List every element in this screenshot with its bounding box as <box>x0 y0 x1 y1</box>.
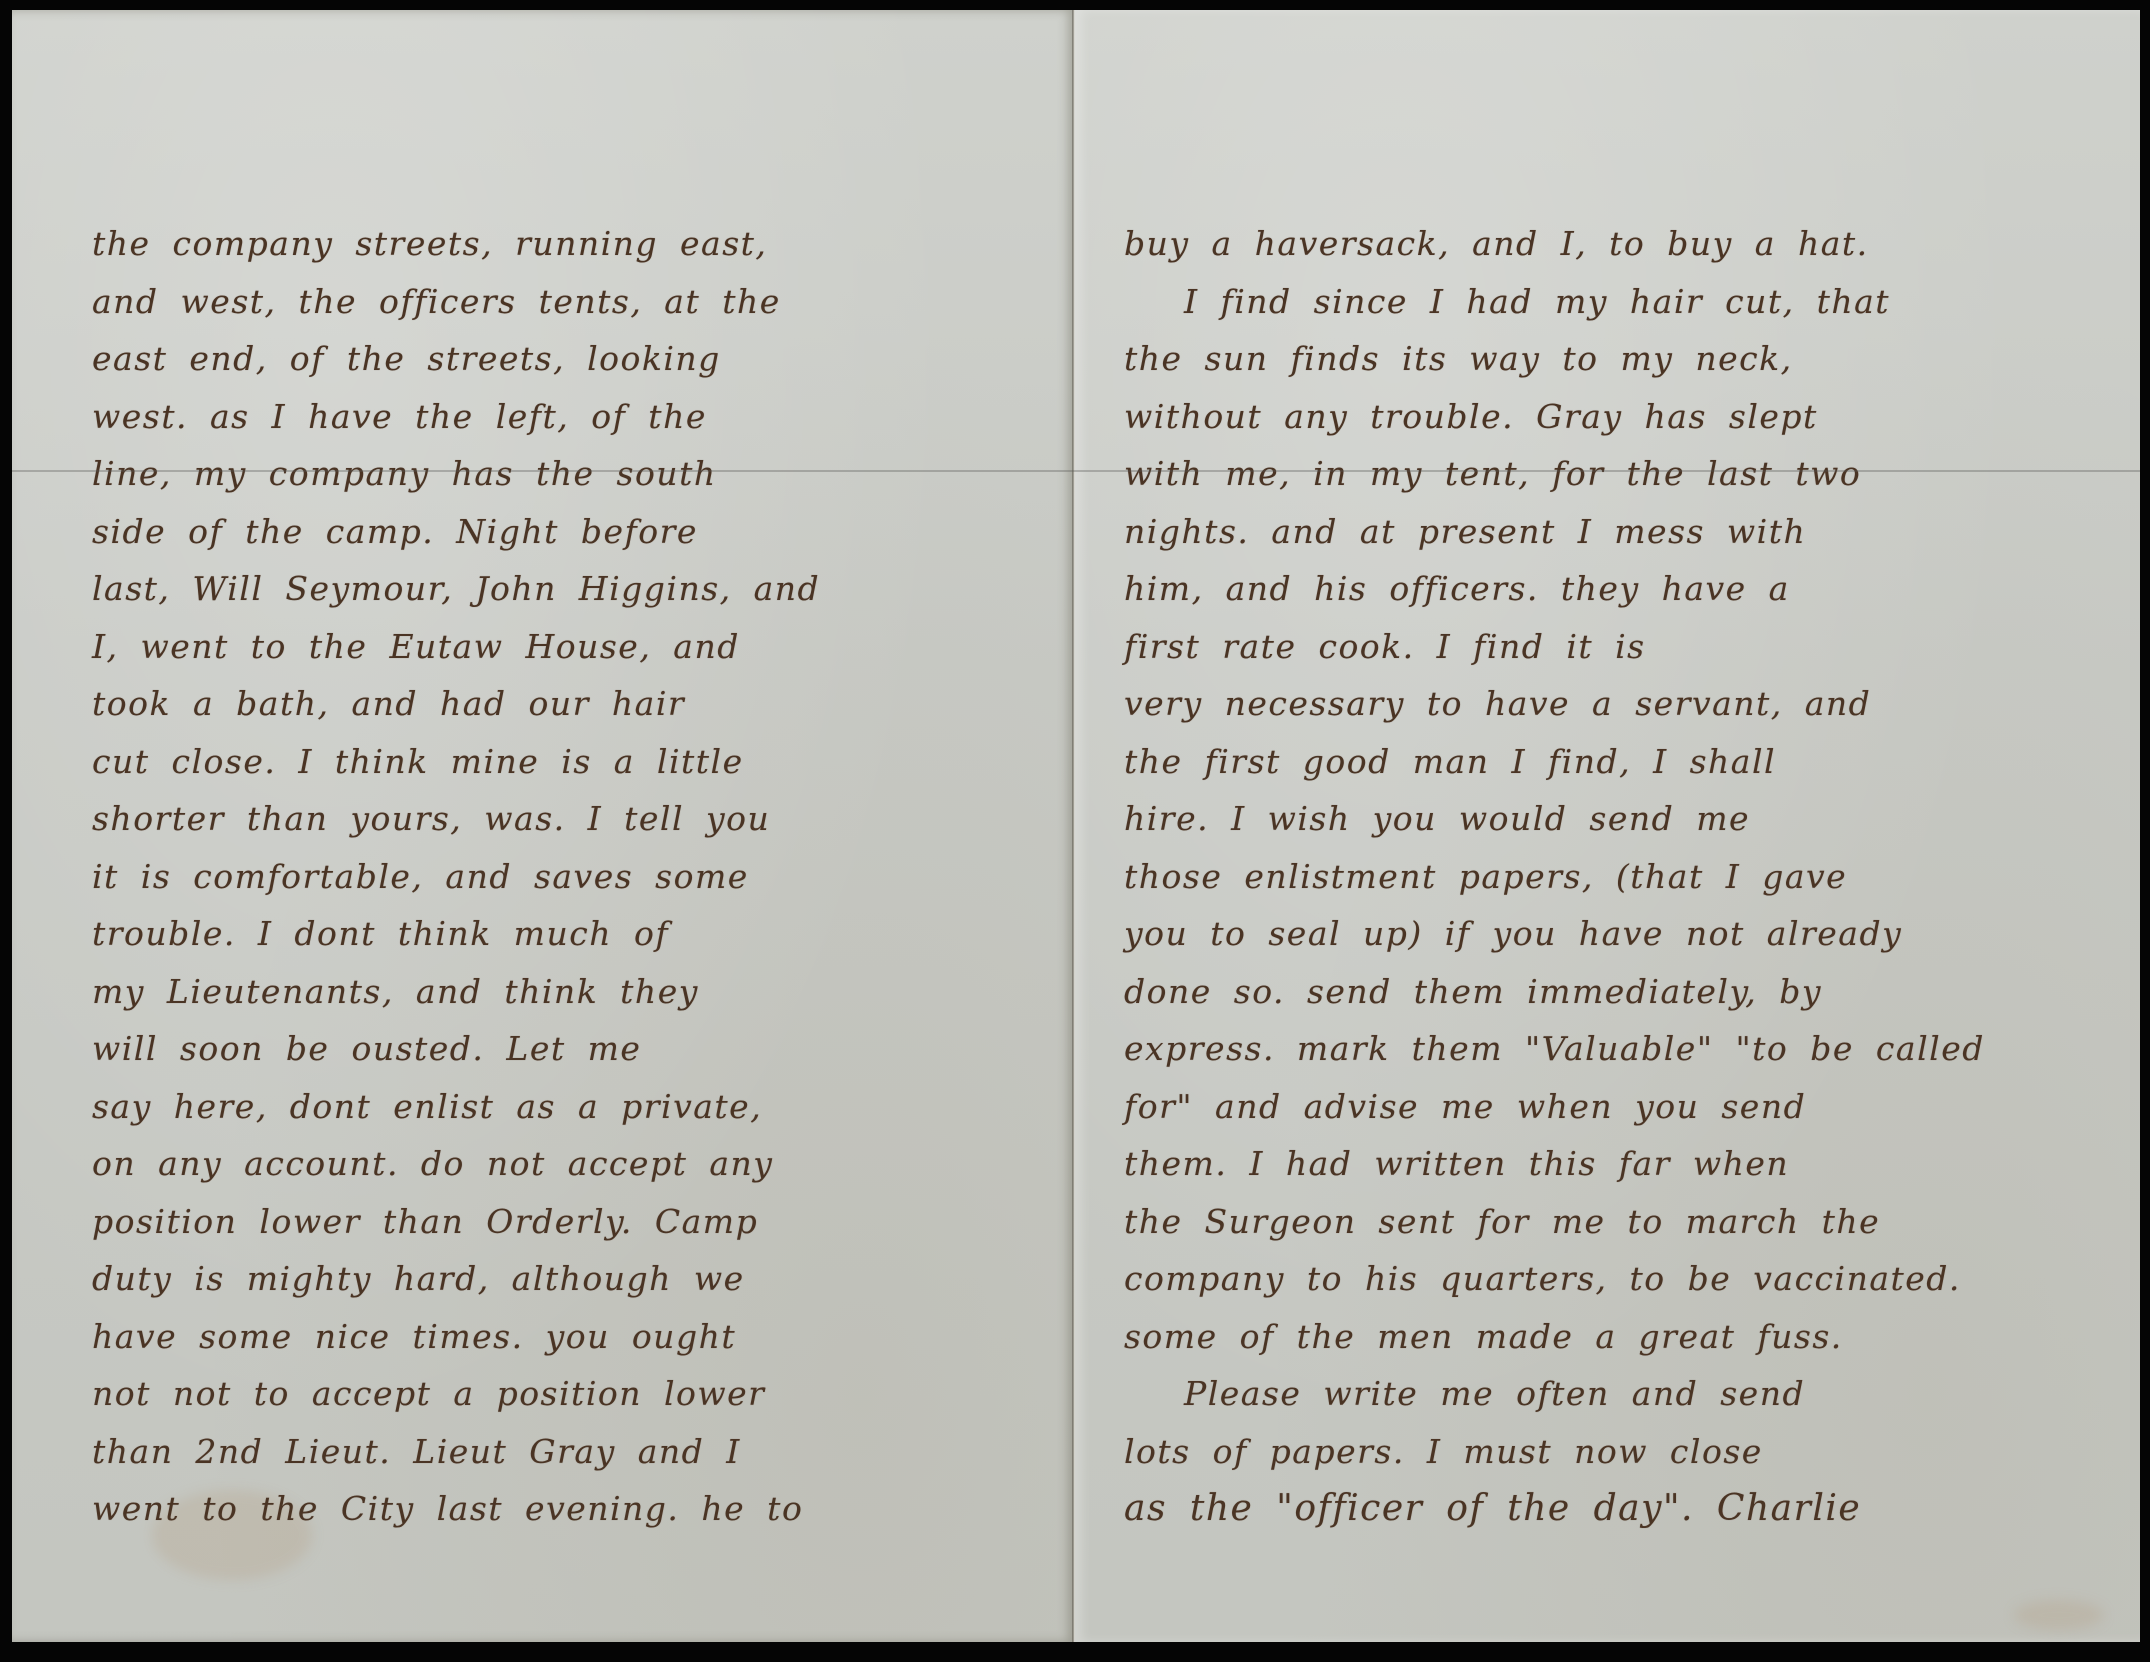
handwritten-line: lots of papers. I must now close <box>1124 1423 2114 1481</box>
handwritten-line: duty is mighty hard, although we <box>92 1250 1052 1308</box>
right-page: buy a haversack, and I, to buy a hat. I … <box>1074 10 2140 1642</box>
handwritten-line: hire. I wish you would send me <box>1124 790 2114 848</box>
handwritten-line: the Surgeon sent for me to march the <box>1124 1193 2114 1251</box>
handwritten-line: position lower than Orderly. Camp <box>92 1193 1052 1251</box>
handwritten-line: first rate cook. I find it is <box>1124 618 2114 676</box>
handwritten-line: took a bath, and had our hair <box>92 675 1052 733</box>
left-page-text: the company streets, running east, and w… <box>92 215 1052 1538</box>
handwritten-line: buy a haversack, and I, to buy a hat. <box>1124 215 2114 273</box>
handwritten-line: without any trouble. Gray has slept <box>1124 388 2114 446</box>
center-fold <box>1072 10 1075 1642</box>
handwritten-line: for" and advise me when you send <box>1124 1078 2114 1136</box>
handwritten-line: done so. send them immediately, by <box>1124 963 2114 1021</box>
right-page-text: buy a haversack, and I, to buy a hat. I … <box>1124 215 2114 1538</box>
handwritten-line: very necessary to have a servant, and <box>1124 675 2114 733</box>
paper-stain <box>2014 1600 2104 1630</box>
handwritten-line: last, Will Seymour, John Higgins, and <box>92 560 1052 618</box>
handwritten-line: have some nice times. you ought <box>92 1308 1052 1366</box>
handwritten-line: cut close. I think mine is a little <box>92 733 1052 791</box>
handwritten-line: I, went to the Eutaw House, and <box>92 618 1052 676</box>
handwritten-line: east end, of the streets, looking <box>92 330 1052 388</box>
handwritten-line: nights. and at present I mess with <box>1124 503 2114 561</box>
handwritten-line: some of the men made a great fuss. <box>1124 1308 2114 1366</box>
handwritten-line: company to his quarters, to be vaccinate… <box>1124 1250 2114 1308</box>
handwritten-line: my Lieutenants, and think they <box>92 963 1052 1021</box>
horizontal-fold <box>12 470 2140 472</box>
handwritten-line: the first good man I find, I shall <box>1124 733 2114 791</box>
handwritten-line: west. as I have the left, of the <box>92 388 1052 446</box>
handwritten-line: say here, dont enlist as a private, <box>92 1078 1052 1136</box>
handwritten-line: them. I had written this far when <box>1124 1135 2114 1193</box>
handwritten-line: with me, in my tent, for the last two <box>1124 445 2114 503</box>
handwritten-line: line, my company has the south <box>92 445 1052 503</box>
handwritten-line: not not to accept a position lower <box>92 1365 1052 1423</box>
signature-line: as the "officer of the day". Charlie <box>1124 1480 2114 1538</box>
handwritten-line: and west, the officers tents, at the <box>92 273 1052 331</box>
handwritten-line: will soon be ousted. Let me <box>92 1020 1052 1078</box>
handwritten-line: the company streets, running east, <box>92 215 1052 273</box>
handwritten-line: shorter than yours, was. I tell you <box>92 790 1052 848</box>
letter-sheet: the company streets, running east, and w… <box>12 10 2140 1642</box>
handwritten-line: I find since I had my hair cut, that <box>1124 273 2114 331</box>
handwritten-line: him, and his officers. they have a <box>1124 560 2114 618</box>
handwritten-line: express. mark them "Valuable" "to be cal… <box>1124 1020 2114 1078</box>
handwritten-line: than 2nd Lieut. Lieut Gray and I <box>92 1423 1052 1481</box>
handwritten-line: on any account. do not accept any <box>92 1135 1052 1193</box>
handwritten-line: the sun finds its way to my neck, <box>1124 330 2114 388</box>
handwritten-line: those enlistment papers, (that I gave <box>1124 848 2114 906</box>
handwritten-line: Please write me often and send <box>1124 1365 2114 1423</box>
handwritten-line: side of the camp. Night before <box>92 503 1052 561</box>
handwritten-line: it is comfortable, and saves some <box>92 848 1052 906</box>
handwritten-line: trouble. I dont think much of <box>92 905 1052 963</box>
handwritten-line: you to seal up) if you have not already <box>1124 905 2114 963</box>
left-page: the company streets, running east, and w… <box>12 10 1074 1642</box>
handwritten-line: went to the City last evening. he to <box>92 1480 1052 1538</box>
